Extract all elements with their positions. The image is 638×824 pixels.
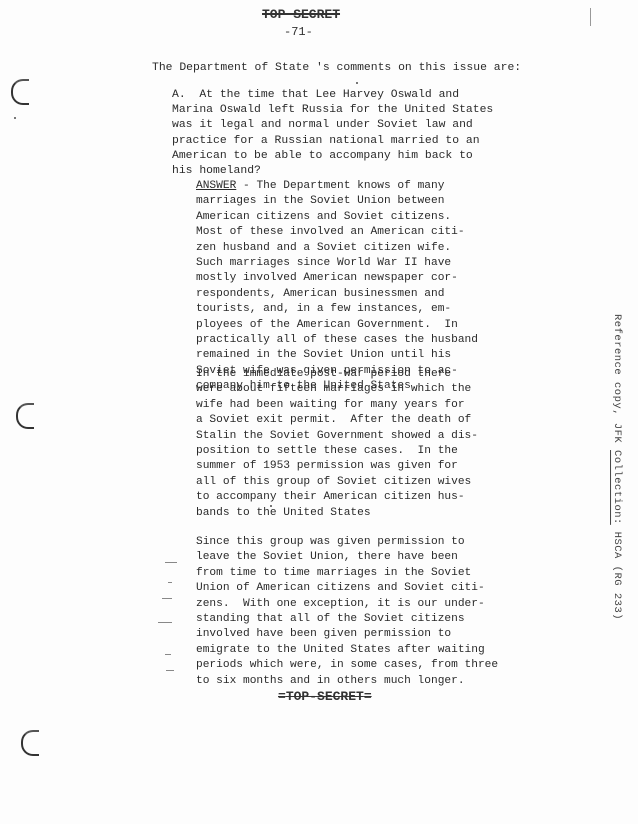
answer-line: In the immediate post-war period there	[196, 367, 486, 382]
answer-line: standing that all of the Soviet citizens	[196, 612, 486, 627]
answer-line: ployees of the American Government. In	[196, 318, 486, 333]
scan-speck	[356, 82, 358, 84]
answer-line: emigrate to the United States after wait…	[196, 643, 486, 658]
question-a: A. At the time that Lee Harvey Oswald an…	[172, 88, 492, 179]
answer-line: periods which were, in some cases, from …	[196, 658, 486, 673]
answer-line: mostly involved American newspaper cor-	[196, 271, 486, 286]
answer-line: a Soviet exit permit. After the death of	[196, 413, 486, 428]
answer-line: zen husband and a Soviet citizen wife.	[196, 241, 486, 256]
answer-line: practically all of these cases the husba…	[196, 333, 486, 348]
stamp-text: TOP-SECRET	[286, 689, 364, 704]
answer-line: remained in the Soviet Union until his	[196, 348, 486, 363]
answer-first-line: ANSWER - The Department knows of many	[196, 179, 486, 194]
question-line: was it legal and normal under Soviet law…	[172, 118, 492, 133]
question-line: his homeland?	[172, 164, 492, 179]
answer-line: tourists, and, in a few instances, em-	[196, 302, 486, 317]
answer-line: leave the Soviet Union, there have been	[196, 550, 486, 565]
classification-stamp-top: TOP SECRET	[262, 7, 340, 22]
answer-line: zens. With one exception, it is our unde…	[196, 597, 486, 612]
answer-line: respondents, American businessmen and	[196, 287, 486, 302]
answer-line: Union of American citizens and Soviet ci…	[196, 581, 486, 596]
answer-line: Since this group was given permission to	[196, 535, 486, 550]
reference-collection: Collection:	[611, 450, 623, 525]
answer-line: to six months and in others much longer.	[196, 674, 486, 689]
punch-hole-mark	[16, 403, 34, 429]
answer-line: Such marriages since World War II have	[196, 256, 486, 271]
answer-line: were about fifteen marriages in which th…	[196, 382, 486, 397]
answer-paragraph-1: ANSWER - The Department knows of many ma…	[196, 179, 486, 395]
document-page: TOP SECRET -71- The Department of State …	[0, 0, 638, 824]
answer-line: position to settle these cases. In the	[196, 444, 486, 459]
question-line: American to be able to accompany him bac…	[172, 149, 492, 164]
question-line: Marina Oswald left Russia for the United…	[172, 103, 492, 118]
answer-first-line-text: - The Department knows of many	[236, 180, 444, 192]
scan-mark	[590, 8, 591, 26]
reference-prefix: Reference copy, JFK	[611, 314, 623, 450]
answer-line: Most of these involved an American citi-	[196, 225, 486, 240]
answer-paragraph-2: In the immediate post-war period there w…	[196, 367, 486, 521]
answer-line: summer of 1953 permission was given for	[196, 459, 486, 474]
question-line: practice for a Russian national married …	[172, 134, 492, 149]
punch-hole-mark	[21, 730, 39, 756]
answer-label: ANSWER	[196, 180, 236, 192]
classification-stamp-bottom: =TOP-SECRET=	[278, 689, 372, 704]
answer-line: involved have been given permission to	[196, 627, 486, 642]
question-line: A. At the time that Lee Harvey Oswald an…	[172, 88, 492, 103]
page-number: -71-	[284, 25, 313, 39]
scan-speck	[270, 505, 272, 507]
punch-hole-mark	[11, 79, 29, 105]
intro-sentence: The Department of State 's comments on t…	[152, 62, 521, 74]
scan-speck	[14, 117, 16, 119]
answer-line: to accompany their American citizen hus-	[196, 490, 486, 505]
answer-line: Stalin the Soviet Government showed a di…	[196, 429, 486, 444]
answer-line: all of this group of Soviet citizen wive…	[196, 475, 486, 490]
answer-line: wife had been waiting for many years for	[196, 398, 486, 413]
answer-line: bands to the United States	[196, 506, 486, 521]
margin-scan-marks	[110, 552, 170, 672]
answer-line: American citizens and Soviet citizens.	[196, 210, 486, 225]
stamp-dash-right: =	[364, 689, 372, 704]
answer-paragraph-3: Since this group was given permission to…	[196, 535, 486, 689]
answer-line: from time to time marriages in the Sovie…	[196, 566, 486, 581]
reference-suffix: HSCA (RG 233)	[611, 525, 623, 620]
answer-line: marriages in the Soviet Union between	[196, 194, 486, 209]
archive-reference-label: Reference copy, JFK Collection: HSCA (RG…	[611, 314, 623, 620]
stamp-dash-left: =	[278, 689, 286, 704]
